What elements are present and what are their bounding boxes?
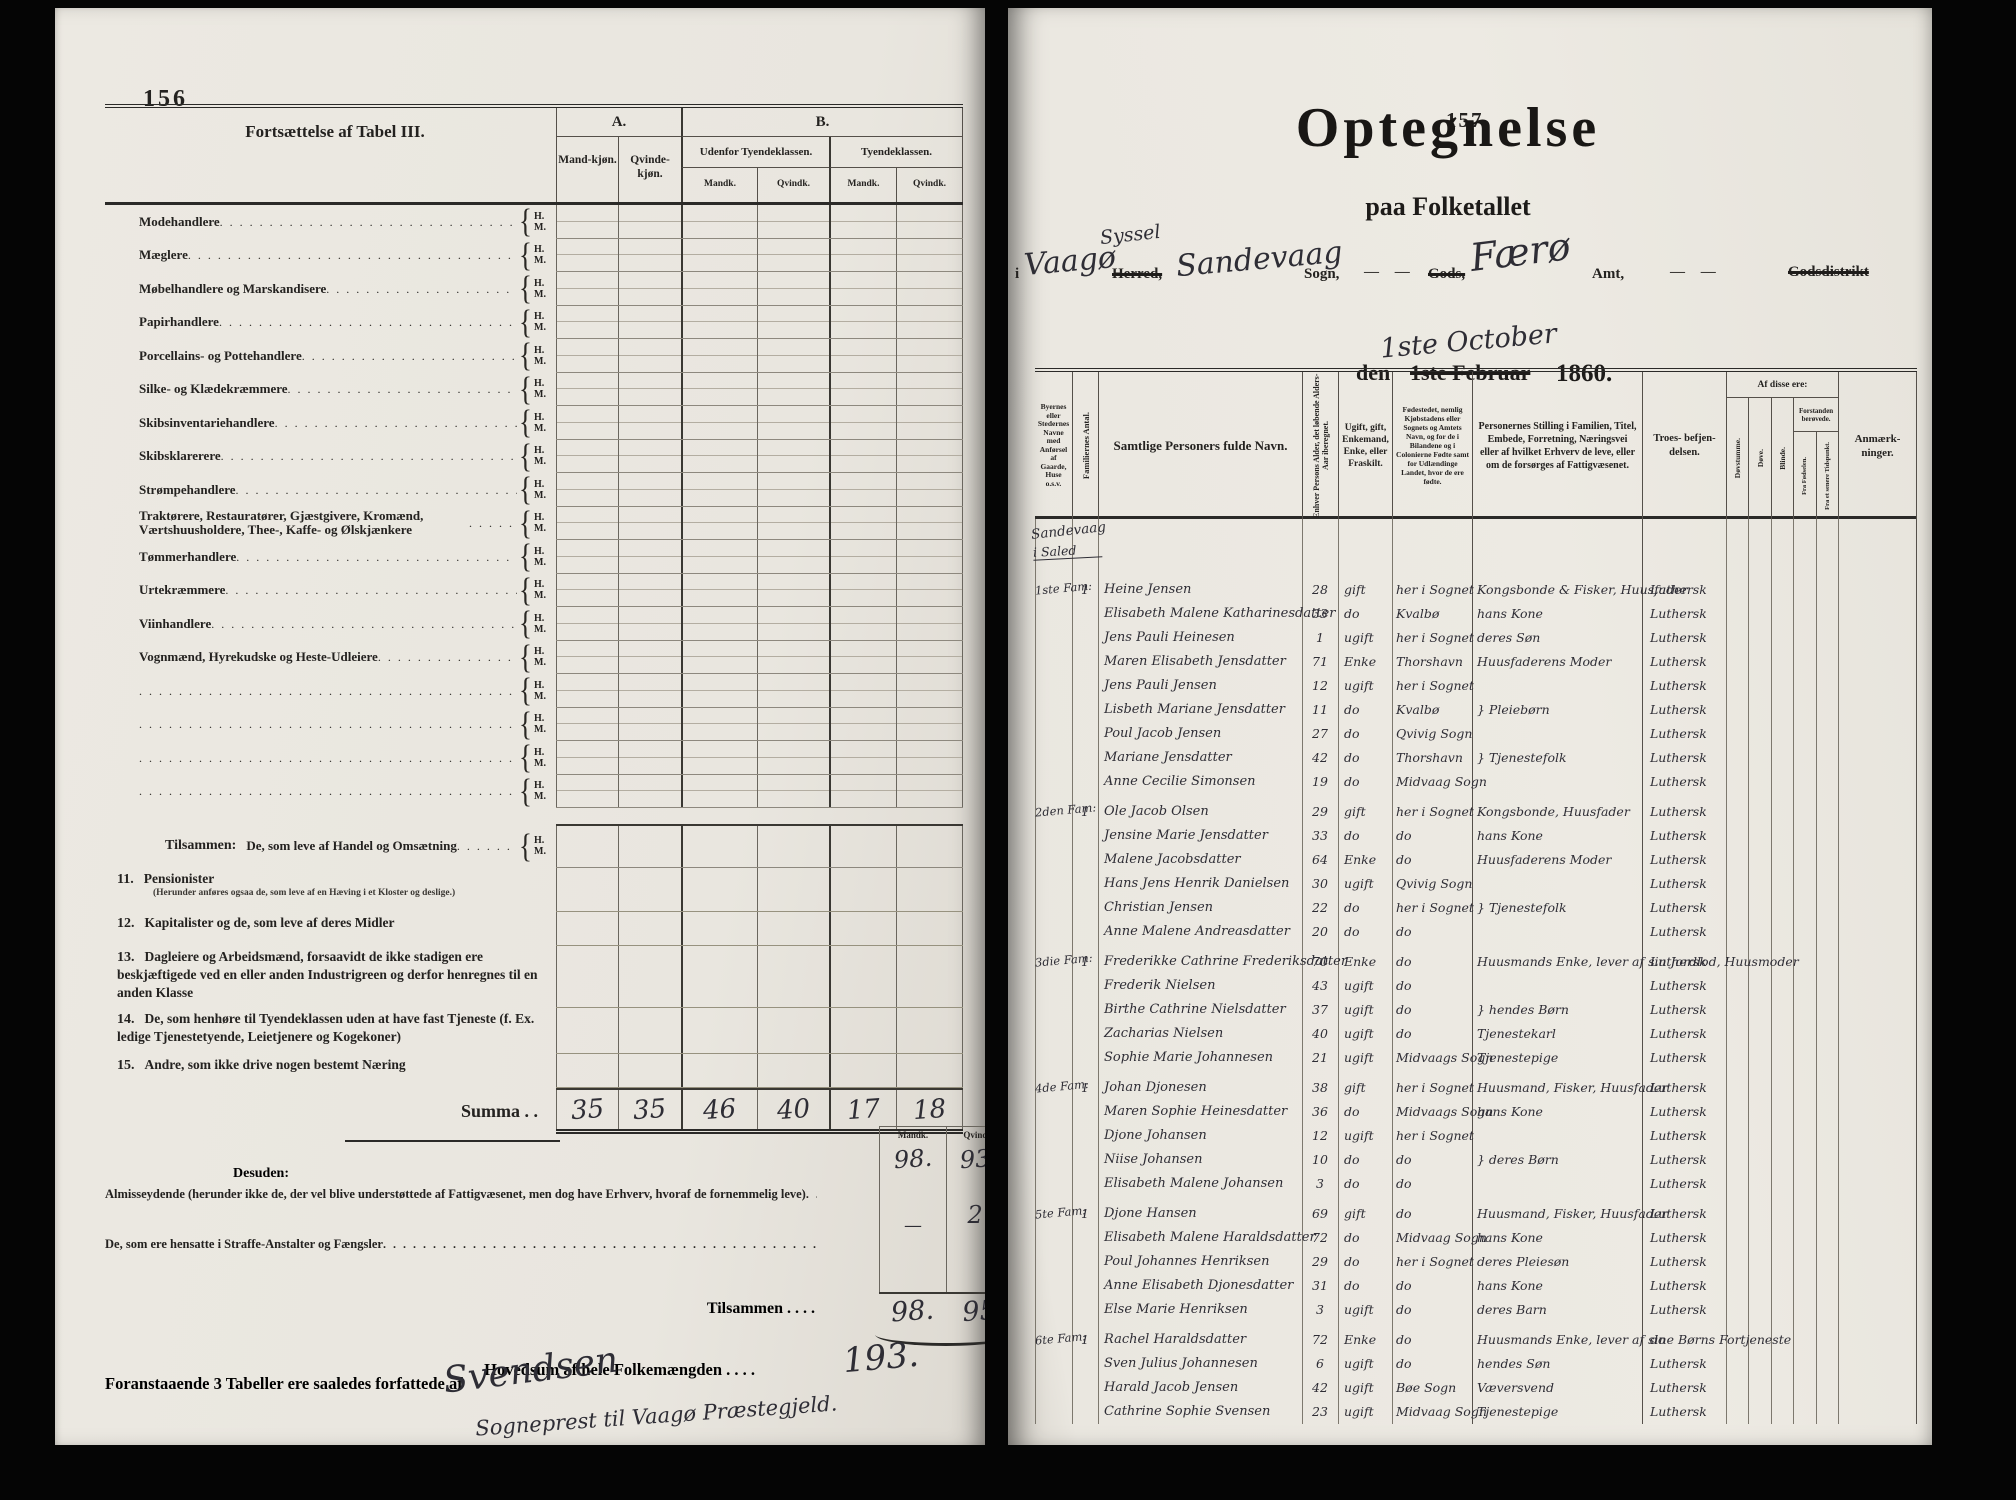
col-religion: Troes- befjen- delsen. bbox=[1642, 372, 1726, 519]
occupation-rows: Modehandlere { H.M. Mæglere { bbox=[105, 205, 963, 808]
occupation-label-cell: Strømpehandlere { H.M. bbox=[105, 473, 556, 507]
census-row: Christian Jensen 22 do her i Sognet } Tj… bbox=[1035, 895, 1917, 919]
occupation-label-cell: { H.M. bbox=[105, 708, 556, 742]
dot-leader bbox=[139, 682, 517, 700]
tilsammen-qvindk: 95 bbox=[945, 1294, 985, 1330]
religion: Luthersk bbox=[1642, 1357, 1726, 1370]
h-m-letters: H.M. bbox=[534, 546, 556, 568]
family-marker bbox=[1035, 1235, 1072, 1238]
summa-label: Summa . . bbox=[105, 1088, 556, 1134]
birthplace: do bbox=[1392, 955, 1472, 968]
marital-status: ugift bbox=[1338, 979, 1392, 992]
person-name: Heine Jensen bbox=[1098, 583, 1302, 596]
religion: Luthersk bbox=[1642, 1051, 1726, 1064]
family-marker: 4de Fam: bbox=[1035, 1079, 1073, 1095]
form-title: Optegnelse bbox=[1148, 96, 1748, 160]
position-in-family: Huusmand, Fisker, Huusfader bbox=[1472, 1081, 1642, 1094]
occupation-row: Vognmænd, Hyrekudske og Heste-Udleiere {… bbox=[105, 641, 963, 675]
dot-leader bbox=[302, 347, 517, 365]
occupation-row: Tømmerhandlere { H.M. bbox=[105, 540, 963, 574]
person-age: 38 bbox=[1302, 1081, 1338, 1094]
occupation-row: Viinhandlere { H.M. bbox=[105, 607, 963, 641]
religion: Luthersk bbox=[1642, 631, 1726, 644]
marital-status: ugift bbox=[1338, 631, 1392, 644]
religion: Luthersk bbox=[1642, 1129, 1726, 1142]
person-name: Lisbeth Mariane Jensdatter bbox=[1098, 703, 1302, 716]
h-m-letters: H.M. bbox=[534, 378, 556, 400]
dot-leader bbox=[221, 447, 517, 465]
mini-col-qvindk: Qvindk. bbox=[946, 1130, 985, 1140]
numbered-item-row: 14.De, som henhøre til Tyendeklassen ude… bbox=[105, 1008, 963, 1054]
person-name: Elisabeth Malene Johansen bbox=[1098, 1177, 1302, 1190]
summa-value: 35 bbox=[632, 1093, 667, 1125]
h-m-letters: H.M. bbox=[534, 747, 556, 769]
census-row: 6te Fam: 1 Rachel Haraldsdatter 72 Enke … bbox=[1035, 1327, 1917, 1351]
dot-leader bbox=[806, 1186, 817, 1202]
person-age: 33 bbox=[1302, 607, 1338, 620]
family-marker bbox=[1035, 983, 1072, 986]
position-in-family: Huusmand, Fisker, Huusfader bbox=[1472, 1207, 1642, 1220]
occupation-label: Møbelhandlere og Marskandisere bbox=[139, 282, 326, 296]
scanned-census-spread: 156 Fortsættelse af Tabel III. A. B. Man… bbox=[0, 0, 2016, 1500]
marital-status: do bbox=[1338, 1231, 1392, 1244]
birthplace: do bbox=[1392, 829, 1472, 842]
col-position: Personernes Stilling i Familien, Titel, … bbox=[1472, 372, 1642, 519]
occupation-row: Mæglere { H.M. bbox=[105, 239, 963, 273]
dot-leader bbox=[383, 1236, 817, 1252]
dot-leader bbox=[139, 749, 517, 767]
item-number: 13. bbox=[117, 950, 135, 965]
h-m-letters: H.M. bbox=[534, 412, 556, 434]
desuden-title: Desuden: bbox=[233, 1166, 289, 1182]
occupation-row: Porcellains- og Pottehandlere { H.M. bbox=[105, 339, 963, 373]
census-row: Elisabeth Malene Johansen 3 do do Luther… bbox=[1035, 1171, 1917, 1195]
census-row: Djone Johansen 12 ugift her i Sognet Lut… bbox=[1035, 1123, 1917, 1147]
person-name: Anne Malene Andreasdatter bbox=[1098, 925, 1302, 938]
census-row: 2den Fam: 1 Ole Jacob Olsen 29 gift her … bbox=[1035, 799, 1917, 823]
religion: Luthersk bbox=[1642, 1303, 1726, 1316]
h-m-letters: H.M. bbox=[534, 579, 556, 601]
family-marker bbox=[1035, 929, 1072, 932]
family-marker bbox=[1035, 1157, 1072, 1160]
dot-leader bbox=[469, 514, 517, 532]
marital-status: ugift bbox=[1338, 679, 1392, 692]
family-marker bbox=[1035, 1283, 1072, 1286]
person-name: Anne Elisabeth Djonesdatter bbox=[1098, 1279, 1302, 1292]
position-in-family: } Tjenestefolk bbox=[1472, 901, 1642, 914]
person-age: 19 bbox=[1302, 775, 1338, 788]
religion: Luthersk bbox=[1642, 1255, 1726, 1268]
item-number: 14. bbox=[117, 1012, 135, 1027]
religion: Luthersk bbox=[1642, 853, 1726, 866]
numbered-item-label: 11.Pensionister (Herunder anføres ogsaa … bbox=[105, 868, 556, 912]
census-row: Poul Jacob Jensen 27 do Qvivig Sogn Luth… bbox=[1035, 721, 1917, 745]
tilsammen-word: Tilsammen: bbox=[165, 839, 236, 853]
gods-printed: Gods, bbox=[1428, 266, 1465, 283]
h-m-letters: H.M. bbox=[534, 278, 556, 300]
person-age: 11 bbox=[1302, 703, 1338, 716]
person-age: 20 bbox=[1302, 925, 1338, 938]
person-name: Birthe Cathrine Nielsdatter bbox=[1098, 1003, 1302, 1016]
birthplace: do bbox=[1392, 1279, 1472, 1292]
religion: Luthersk bbox=[1642, 607, 1726, 620]
person-name: Cathrine Sophie Svensen bbox=[1098, 1405, 1302, 1418]
occupation-label-cell: Møbelhandlere og Marskandisere { H.M. bbox=[105, 272, 556, 306]
right-page: 157 Optegnelse paa Folketallet i Vaagø S… bbox=[1008, 8, 1932, 1445]
person-age: 42 bbox=[1302, 751, 1338, 764]
position-in-family: Væversvend bbox=[1472, 1381, 1642, 1394]
census-row: Mariane Jensdatter 42 do Thorshavn } Tje… bbox=[1035, 745, 1917, 769]
birthplace: her i Sognet bbox=[1392, 679, 1472, 692]
census-rows: 1ste Fam: 1 Heine Jensen 28 gift her i S… bbox=[1035, 571, 1917, 1423]
person-name: Frederik Nielsen bbox=[1098, 979, 1302, 992]
religion: Luthersk bbox=[1642, 1105, 1726, 1118]
summa-value: 35 bbox=[570, 1093, 605, 1125]
census-row: Jens Pauli Heinesen 1 ugift her i Sognet… bbox=[1035, 625, 1917, 649]
position-in-family: Tjenestepige bbox=[1472, 1051, 1642, 1064]
mini-tilsammen-values: 98. 95 bbox=[879, 1296, 985, 1327]
religion: Luthersk bbox=[1642, 1177, 1726, 1190]
person-name: Malene Jacobsdatter bbox=[1098, 853, 1302, 866]
dot-leader bbox=[219, 313, 517, 331]
brace-glyph: { bbox=[519, 827, 532, 866]
marital-status: do bbox=[1338, 607, 1392, 620]
birthplace: Thorshavn bbox=[1392, 751, 1472, 764]
occupation-row: { H.M. bbox=[105, 674, 963, 708]
numbered-item-label: 15.Andre, som ikke drive nogen bestemt N… bbox=[105, 1054, 556, 1088]
family-marker bbox=[1035, 1133, 1072, 1136]
numbered-item-label: 14.De, som henhøre til Tyendeklassen ude… bbox=[105, 1008, 556, 1054]
family-marker: 6te Fam: bbox=[1035, 1331, 1073, 1347]
occupation-row: Urtekræmmere { H.M. bbox=[105, 574, 963, 608]
col-udenfor-tyende: Udenfor Tyendeklassen. bbox=[681, 137, 829, 168]
person-age: 29 bbox=[1302, 805, 1338, 818]
col-status: Ugift, gift, Enkemand, Enke, eller Frask… bbox=[1338, 372, 1392, 519]
h-m-letters: H.M. bbox=[534, 680, 556, 702]
census-row: Anne Malene Andreasdatter 20 do do Luthe… bbox=[1035, 919, 1917, 943]
occupation-label: Mæglere bbox=[139, 248, 188, 262]
position-in-family: hans Kone bbox=[1472, 829, 1642, 842]
item-text: Kapitalister og de, som leve af deres Mi… bbox=[145, 915, 395, 930]
person-age: 12 bbox=[1302, 1129, 1338, 1142]
birthplace: Bøe Sogn bbox=[1392, 1381, 1472, 1394]
position-in-family: deres Søn bbox=[1472, 631, 1642, 644]
col-tyende-mandk: Mandk. bbox=[829, 168, 896, 202]
person-age: 33 bbox=[1302, 829, 1338, 842]
religion: Luthersk bbox=[1642, 679, 1726, 692]
census-row: Sophie Marie Johannesen 21 ugift Midvaag… bbox=[1035, 1045, 1917, 1069]
person-age: 6 bbox=[1302, 1357, 1338, 1370]
h-m-letters: H.M. bbox=[534, 345, 556, 367]
census-row: Zacharias Nielsen 40 ugift do Tjenesteka… bbox=[1035, 1021, 1917, 1045]
item-count-cells bbox=[556, 1008, 963, 1054]
col-anmaerkninger: Anmærk- ninger. bbox=[1838, 372, 1917, 519]
census-body: Sandevaag i Saled 1ste Fam: 1 Heine Jens… bbox=[1035, 519, 1917, 1424]
col-mandkjon: Mand-kjøn. bbox=[556, 137, 618, 202]
census-row: Sven Julius Johannesen 6 ugift do hendes… bbox=[1035, 1351, 1917, 1375]
religion: Luthersk bbox=[1642, 979, 1726, 992]
position-in-family: Tjenestepige bbox=[1472, 1405, 1642, 1418]
religion: Luthersk bbox=[1642, 751, 1726, 764]
h-m-letters: H.M. bbox=[534, 244, 556, 266]
h-m-letters: H.M. bbox=[534, 211, 556, 233]
marital-status: do bbox=[1338, 1153, 1392, 1166]
person-age: 1 bbox=[1302, 631, 1338, 644]
position-in-family: hendes Søn bbox=[1472, 1357, 1642, 1370]
tabel-iii-table: A. B. Mand-kjøn. Qvinde-kjøn. Udenfor Ty… bbox=[105, 104, 963, 1134]
position-in-family: } deres Børn bbox=[1472, 1153, 1642, 1166]
census-row: Elisabeth Malene Haraldsdatter 72 do Mid… bbox=[1035, 1225, 1917, 1249]
marital-status: gift bbox=[1338, 1207, 1392, 1220]
census-row: Maren Sophie Heinesdatter 36 do Midvaags… bbox=[1035, 1099, 1917, 1123]
person-age: 72 bbox=[1302, 1333, 1338, 1346]
family-marker bbox=[1035, 1109, 1072, 1112]
marital-status: ugift bbox=[1338, 1027, 1392, 1040]
occupation-label-cell: { H.M. bbox=[105, 741, 556, 775]
h-m-letters: H.M. bbox=[534, 613, 556, 635]
h-m-letters: H.M. bbox=[534, 311, 556, 333]
person-age: 3 bbox=[1302, 1303, 1338, 1316]
h-m-letters: H.M. bbox=[534, 512, 556, 534]
religion: Luthersk bbox=[1642, 1405, 1726, 1418]
person-age: 10 bbox=[1302, 1153, 1338, 1166]
birthplace: do bbox=[1392, 1153, 1472, 1166]
birthplace: do bbox=[1392, 1027, 1472, 1040]
birthplace: Qvivig Sogn bbox=[1392, 877, 1472, 890]
occupation-row: { H.M. bbox=[105, 775, 963, 809]
birthplace: do bbox=[1392, 853, 1472, 866]
dot-leader bbox=[288, 380, 518, 398]
family-marker bbox=[1035, 1409, 1072, 1412]
position-in-family: Huusmands Enke, lever af sine Børns Fort… bbox=[1472, 1333, 1642, 1346]
occupation-count-cells bbox=[556, 205, 963, 239]
family-marker bbox=[1035, 881, 1072, 884]
religion: do bbox=[1642, 1333, 1726, 1346]
person-name: Djone Johansen bbox=[1098, 1129, 1302, 1142]
marital-status: gift bbox=[1338, 805, 1392, 818]
marital-status: gift bbox=[1338, 583, 1392, 596]
family-marker bbox=[1035, 1031, 1072, 1034]
occupation-label-cell: Modehandlere { H.M. bbox=[105, 205, 556, 239]
occupation-count-cells bbox=[556, 306, 963, 340]
person-age: 27 bbox=[1302, 727, 1338, 740]
occupation-label: Silke- og Klædekræmmere bbox=[139, 382, 288, 396]
marital-status: ugift bbox=[1338, 1303, 1392, 1316]
occupation-label: Strømpehandlere bbox=[139, 483, 236, 497]
person-name: Maren Sophie Heinesdatter bbox=[1098, 1105, 1302, 1118]
h-m-letters: H.M. bbox=[534, 835, 556, 857]
numbered-item-row: 13.Dagleiere og Arbeidsmænd, forsaavidt … bbox=[105, 946, 963, 1008]
family-marker bbox=[1035, 1259, 1072, 1262]
col-forstanden: Forstanden berøvede. bbox=[1793, 398, 1838, 432]
marital-status: Enke bbox=[1338, 955, 1392, 968]
marital-status: do bbox=[1338, 703, 1392, 716]
mini-col-mandk: Mandk. bbox=[880, 1130, 946, 1140]
person-name: Elisabeth Malene Katharinesdatter bbox=[1098, 607, 1302, 620]
dot-leader bbox=[326, 280, 517, 298]
person-name: Ole Jacob Olsen bbox=[1098, 805, 1302, 818]
hovedsum-value: 193. bbox=[841, 1335, 920, 1381]
straffe-paragraph: De, som ere hensatte i Straffe-Anstalter… bbox=[105, 1236, 817, 1252]
census-table: Byernes eller Stedernes Navne med Anførs… bbox=[1035, 368, 1917, 1424]
occupation-count-cells bbox=[556, 574, 963, 608]
religion: Luthersk bbox=[1642, 703, 1726, 716]
person-age: 42 bbox=[1302, 1381, 1338, 1394]
marital-status: ugift bbox=[1338, 1381, 1392, 1394]
person-age: 31 bbox=[1302, 1279, 1338, 1292]
item-text: Dagleiere og Arbeidsmænd, forsaavidt de … bbox=[117, 949, 537, 1000]
occupation-row: Papirhandlere { H.M. bbox=[105, 306, 963, 340]
person-name: Frederikke Cathrine Frederiksdatter bbox=[1098, 955, 1302, 968]
h-m-letters: H.M. bbox=[534, 479, 556, 501]
col-fra-fodselen: Fra Fødselen. bbox=[1793, 432, 1815, 519]
religion: Luthersk bbox=[1642, 583, 1726, 596]
item-number: 15. bbox=[117, 1058, 135, 1073]
marital-status: ugift bbox=[1338, 1051, 1392, 1064]
marital-status: do bbox=[1338, 925, 1392, 938]
position-in-family: } Tjenestefolk bbox=[1472, 751, 1642, 764]
person-age: 23 bbox=[1302, 1405, 1338, 1418]
occupation-label: Traktørere, Restauratører, Gjæstgivere, … bbox=[139, 509, 469, 537]
birthplace: Qvivig Sogn bbox=[1392, 727, 1472, 740]
birthplace: her i Sognet bbox=[1392, 583, 1472, 596]
person-name: Jensine Marie Jensdatter bbox=[1098, 829, 1302, 842]
numbered-items: 11.Pensionister (Herunder anføres ogsaa … bbox=[105, 868, 963, 1088]
item-count-cells bbox=[556, 1054, 963, 1088]
summa-value: 46 bbox=[702, 1093, 737, 1125]
person-age: 71 bbox=[1302, 655, 1338, 668]
birthplace: her i Sognet bbox=[1392, 631, 1472, 644]
person-age: 72 bbox=[1302, 1231, 1338, 1244]
person-name: Mariane Jensdatter bbox=[1098, 751, 1302, 764]
dot-leader bbox=[236, 548, 517, 566]
family-marker bbox=[1035, 833, 1072, 836]
position-in-family: hans Kone bbox=[1472, 1105, 1642, 1118]
marital-status: do bbox=[1338, 1255, 1392, 1268]
occupation-row: { H.M. bbox=[105, 708, 963, 742]
occupation-row: Modehandlere { H.M. bbox=[105, 205, 963, 239]
total-mandk: 98. bbox=[879, 1143, 947, 1176]
birthplace: Midvaags Sogn bbox=[1392, 1051, 1472, 1064]
person-age: 64 bbox=[1302, 853, 1338, 866]
numbered-item-label: 13.Dagleiere og Arbeidsmænd, forsaavidt … bbox=[105, 946, 556, 1008]
position-in-family: hans Kone bbox=[1472, 1231, 1642, 1244]
family-marker: 3die Fam: bbox=[1035, 953, 1073, 969]
col-qvindekjon: Qvinde-kjøn. bbox=[618, 137, 681, 202]
person-age: 37 bbox=[1302, 1003, 1338, 1016]
occupation-label-cell: Skibsklarerere { H.M. bbox=[105, 440, 556, 474]
marital-status: do bbox=[1338, 829, 1392, 842]
dot-leader bbox=[139, 715, 517, 733]
family-marker bbox=[1035, 755, 1072, 758]
person-age: 43 bbox=[1302, 979, 1338, 992]
dot-leader bbox=[457, 837, 517, 855]
family-marker bbox=[1035, 1385, 1072, 1388]
summa-value: 18 bbox=[912, 1093, 947, 1125]
numbered-item-row: 15.Andre, som ikke drive nogen bestemt N… bbox=[105, 1054, 963, 1088]
person-name: Elisabeth Malene Haraldsdatter bbox=[1098, 1231, 1302, 1244]
place-heading-line1: Sandevaag bbox=[1030, 519, 1106, 543]
family-marker bbox=[1035, 635, 1072, 638]
occupation-label: Skibsklarerere bbox=[139, 449, 221, 463]
census-row: Jensine Marie Jensdatter 33 do do hans K… bbox=[1035, 823, 1917, 847]
person-name: Maren Elisabeth Jensdatter bbox=[1098, 655, 1302, 668]
birthplace: Kvalbø bbox=[1392, 607, 1472, 620]
religion: Luthersk bbox=[1642, 829, 1726, 842]
occupation-count-cells bbox=[556, 272, 963, 306]
dot-leader bbox=[275, 414, 517, 432]
birthplace: her i Sognet bbox=[1392, 1129, 1472, 1142]
col-udenfor-mandk: Mandk. bbox=[681, 168, 757, 202]
position-in-family: Kongsbonde, Huusfader bbox=[1472, 805, 1642, 818]
family-marker: 1ste Fam: bbox=[1035, 581, 1073, 597]
family-marker bbox=[1035, 1361, 1072, 1364]
dot-leader bbox=[139, 782, 517, 800]
religion: Luthersk bbox=[1642, 877, 1726, 890]
birthplace: do bbox=[1392, 1177, 1472, 1190]
census-row: Maren Elisabeth Jensdatter 71 Enke Thors… bbox=[1035, 649, 1917, 673]
occupation-count-cells bbox=[556, 641, 963, 675]
occupation-count-cells bbox=[556, 540, 963, 574]
birthplace: Midvaags Sogn bbox=[1392, 1105, 1472, 1118]
occupation-label: Modehandlere bbox=[139, 215, 220, 229]
birthplace: her i Sognet bbox=[1392, 901, 1472, 914]
tilsammen-text: De, som leve af Handel og Omsætning bbox=[246, 839, 457, 853]
census-row: Anne Elisabeth Djonesdatter 31 do do han… bbox=[1035, 1273, 1917, 1297]
herred-printed: Herred, bbox=[1112, 266, 1162, 283]
position-in-family: hans Kone bbox=[1472, 1279, 1642, 1292]
occupation-label-cell: Mæglere { H.M. bbox=[105, 239, 556, 273]
marital-status: Enke bbox=[1338, 853, 1392, 866]
religion: Luthersk bbox=[1642, 1003, 1726, 1016]
sogn-printed: Sogn, bbox=[1304, 266, 1339, 283]
dot-leader bbox=[236, 481, 517, 499]
h-m-letters: H.M. bbox=[534, 445, 556, 467]
col-tyendeklassen: Tyendeklassen. bbox=[829, 137, 963, 168]
person-name: Rachel Haraldsdatter bbox=[1098, 1333, 1302, 1346]
occupation-label-cell: { H.M. bbox=[105, 775, 556, 809]
marital-status: ugift bbox=[1338, 1357, 1392, 1370]
item-note: (Herunder anføres ogsaa de, som leve af … bbox=[153, 888, 556, 898]
family-marker bbox=[1035, 683, 1072, 686]
marital-status: ugift bbox=[1338, 1129, 1392, 1142]
birthplace: her i Sognet bbox=[1392, 1255, 1472, 1268]
occupation-row: Møbelhandlere og Marskandisere { H.M. bbox=[105, 272, 963, 306]
family-marker bbox=[1035, 611, 1072, 614]
marital-status: do bbox=[1338, 727, 1392, 740]
birthplace: her i Sognet bbox=[1392, 1081, 1472, 1094]
person-name: Jens Pauli Jensen bbox=[1098, 679, 1302, 692]
religion: Luthersk bbox=[1642, 1279, 1726, 1292]
occupation-label-cell: Tømmerhandlere { H.M. bbox=[105, 540, 556, 574]
census-row: Poul Johannes Henriksen 29 do her i Sogn… bbox=[1035, 1249, 1917, 1273]
birthplace: do bbox=[1392, 925, 1472, 938]
occupation-row: Silke- og Klædekræmmere { H.M. bbox=[105, 373, 963, 407]
marital-status: do bbox=[1338, 751, 1392, 764]
col-blinde: Blinde. bbox=[1771, 398, 1793, 519]
col-group-a: A. bbox=[556, 108, 681, 137]
syssel-handwritten: Syssel bbox=[1099, 221, 1162, 249]
family-marker bbox=[1035, 1307, 1072, 1310]
occupation-label-cell: Silke- og Klædekræmmere { H.M. bbox=[105, 373, 556, 407]
family-marker bbox=[1035, 1007, 1072, 1010]
almisse-text: Almisseydende (herunder ikke de, der vel… bbox=[105, 1186, 806, 1202]
birthplace: do bbox=[1392, 1357, 1472, 1370]
census-row: Hans Jens Henrik Danielsen 30 ugift Qviv… bbox=[1035, 871, 1917, 895]
census-row: Jens Pauli Jensen 12 ugift her i Sognet … bbox=[1035, 673, 1917, 697]
occupation-label: Viinhandlere bbox=[139, 617, 211, 631]
marital-status: do bbox=[1338, 901, 1392, 914]
